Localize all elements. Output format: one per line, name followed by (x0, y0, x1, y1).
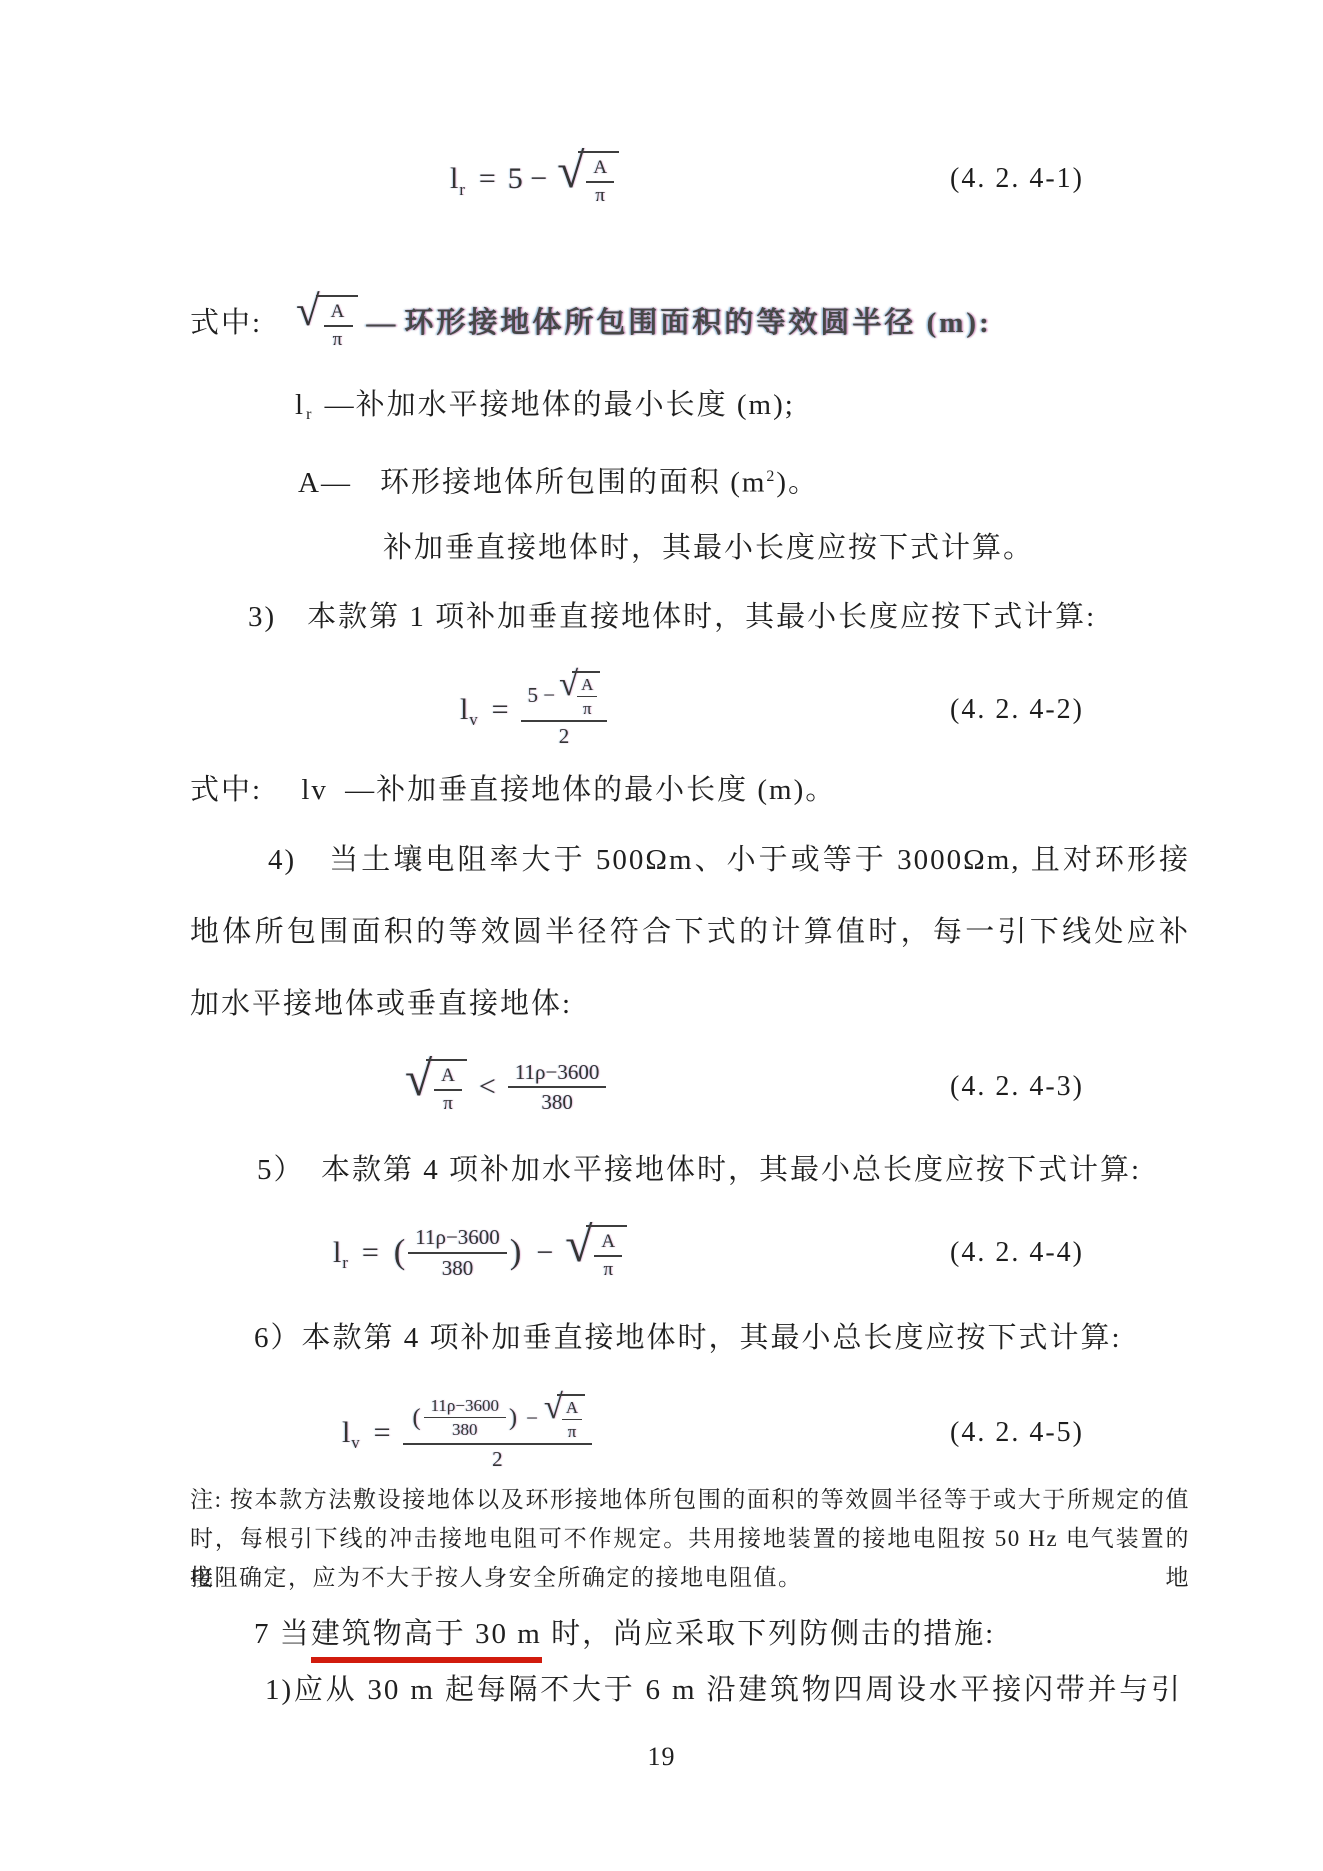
where-label: 式中: (190, 303, 262, 343)
underlined-height-text: 建筑物高于 30 m (311, 1618, 542, 1663)
left-paren: ( (413, 1404, 421, 1432)
equation-lv-half: lv = 5 − √ Aπ 2 (460, 671, 607, 748)
fraction-over-2: ( 11ρ−3600 380 ) − √ Aπ 2 (403, 1394, 593, 1471)
where-label: 式中: (190, 774, 262, 806)
where-text: 环形接地体所包围面积的等效圆半径 (m): (404, 303, 991, 343)
minus-sign: − (526, 1406, 538, 1430)
formula-4-2-4-3: √ Aπ < 11ρ−3600 380 (4. 2. 4-3) (0, 1042, 1323, 1132)
formula-number: (4. 2. 4-5) (950, 1417, 1084, 1449)
page-number: 19 (0, 1742, 1323, 1772)
fraction-over-2: 5 − √ Aπ 2 (521, 671, 608, 748)
variable-lr: lr (295, 385, 315, 425)
formula-4-2-4-4: lr = ( 11ρ−3600 380 ) − √ Aπ (4. 2. 4-4) (0, 1210, 1323, 1295)
formula-number: (4. 2. 4-3) (950, 1071, 1084, 1103)
formula-4-2-4-2: lv = 5 − √ Aπ 2 (4. 2. 4-2) (0, 655, 1323, 765)
variable-lv: lv (342, 1416, 362, 1450)
definition-dash: — (366, 303, 398, 343)
list-item-4-line1: 4) 当土壤电阻率大于 500Ωm、小于或等于 3000Ωm, 且对环形接 (268, 840, 1190, 880)
equals-sign: = (479, 162, 496, 196)
formula-number: (4. 2. 4-4) (950, 1237, 1084, 1269)
where-clause-1: 式中: √ Aπ — 环形接地体所包围面积的等效圆半径 (m): (190, 295, 992, 351)
variable-lv: lv (460, 693, 480, 727)
document-page: lr = 5 − √ Aπ (4. 2. 4-1) 式中: √ Aπ — 环形接… (0, 0, 1323, 1871)
list-item-6: 6）本款第 4 项补加垂直接地体时，其最小总长度应按下式计算: (254, 1318, 1122, 1358)
formula-number: (4. 2. 4-2) (950, 694, 1084, 726)
formula-number: (4. 2. 4-1) (950, 163, 1084, 195)
fraction-rho: 11ρ−3600 380 (424, 1396, 506, 1440)
sqrt-a-over-pi: √ Aπ (559, 671, 600, 718)
note-line1: 注: 按本款方法敷设接地体以及环形接地体所包围的面积的等效圆半径等于或大于所规定… (190, 1480, 1190, 1519)
formula-4-2-4-5: lv = ( 11ρ−3600 380 ) − √ Aπ 2 (0, 1388, 1323, 1478)
definition-lr: lr —补加水平接地体的最小长度 (m); (295, 385, 795, 425)
formula-4-2-4-1: lr = 5 − √ Aπ (4. 2. 4-1) (0, 140, 1323, 218)
equation-radius-condition: √ Aπ < 11ρ−3600 380 (405, 1059, 606, 1115)
left-paren: ( (394, 1233, 406, 1272)
equals-sign: = (492, 693, 509, 727)
right-paren: ) (510, 1233, 522, 1272)
list-item-5: 5） 本款第 4 项补加水平接地体时，其最小总长度应按下式计算: (257, 1150, 1141, 1190)
list-item-4-line2: 地体所包围面积的等效圆半径符合下式的计算值时，每一引下线处应补 (190, 912, 1190, 952)
variable-lr: lr (450, 162, 467, 196)
list-item-4-line3: 加水平接地体或垂直接地体: (190, 984, 572, 1024)
clause-7-suffix: 时，尚应采取下列防侧击的措施: (542, 1618, 995, 1650)
note-line3: 电阻确定，应为不大于按人身安全所确定的接地电阻值。 (190, 1558, 803, 1597)
clause-7-prefix: 7 当 (254, 1618, 311, 1650)
equation-lr-simple: lr = 5 − √ Aπ (450, 151, 619, 207)
paragraph-vertical-earthing: 补加垂直接地体时，其最小长度应按下式计算。 (383, 528, 1034, 568)
equals-sign: = (374, 1416, 391, 1450)
less-than-sign: < (479, 1070, 496, 1104)
equals-sign: = (362, 1236, 379, 1270)
variable-lr: lr (333, 1236, 350, 1270)
superscript-2: 2 (766, 468, 776, 485)
sqrt-a-over-pi: √ Aπ (544, 1394, 585, 1441)
definition-text: —补加水平接地体的最小长度 (m); (325, 389, 795, 421)
sqrt-a-over-pi: √ Aπ (405, 1059, 467, 1115)
variable-lv: lv (301, 774, 328, 806)
where-text: —补加垂直接地体的最小长度 (m)。 (345, 774, 836, 806)
variable-a: A— (298, 467, 352, 499)
minus-sign: − (536, 1236, 553, 1270)
where-clause-2: 式中: lv —补加垂直接地体的最小长度 (m)。 (190, 770, 836, 810)
definition-text: 环形接地体所包围的面积 (m (380, 467, 766, 499)
term-five-minus: 5 − (508, 162, 547, 196)
definition-tail: )。 (776, 467, 819, 499)
equation-lr-total: lr = ( 11ρ−3600 380 ) − √ Aπ (333, 1225, 627, 1281)
sqrt-a-over-pi: √ Aπ (565, 1225, 627, 1281)
right-paren: ) (509, 1404, 517, 1432)
sqrt-a-over-pi: √ Aπ (557, 151, 619, 207)
definition-a: A—环形接地体所包围的面积 (m2)。 (298, 457, 819, 503)
clause-7: 7 当建筑物高于 30 m 时，尚应采取下列防侧击的措施: (254, 1614, 995, 1654)
list-item-3: 3) 本款第 1 项补加垂直接地体时，其最小长度应按下式计算: (248, 597, 1096, 637)
clause-7-sub1: 1)应从 30 m 起每隔不大于 6 m 沿建筑物四周设水平接闪带并与引 (265, 1670, 1182, 1710)
equation-lv-total: lv = ( 11ρ−3600 380 ) − √ Aπ 2 (342, 1394, 592, 1471)
fraction-rho: 11ρ−3600 380 (508, 1060, 607, 1114)
sqrt-a-over-pi: √ Aπ (296, 295, 358, 351)
fraction-rho: 11ρ−3600 380 (408, 1225, 507, 1279)
